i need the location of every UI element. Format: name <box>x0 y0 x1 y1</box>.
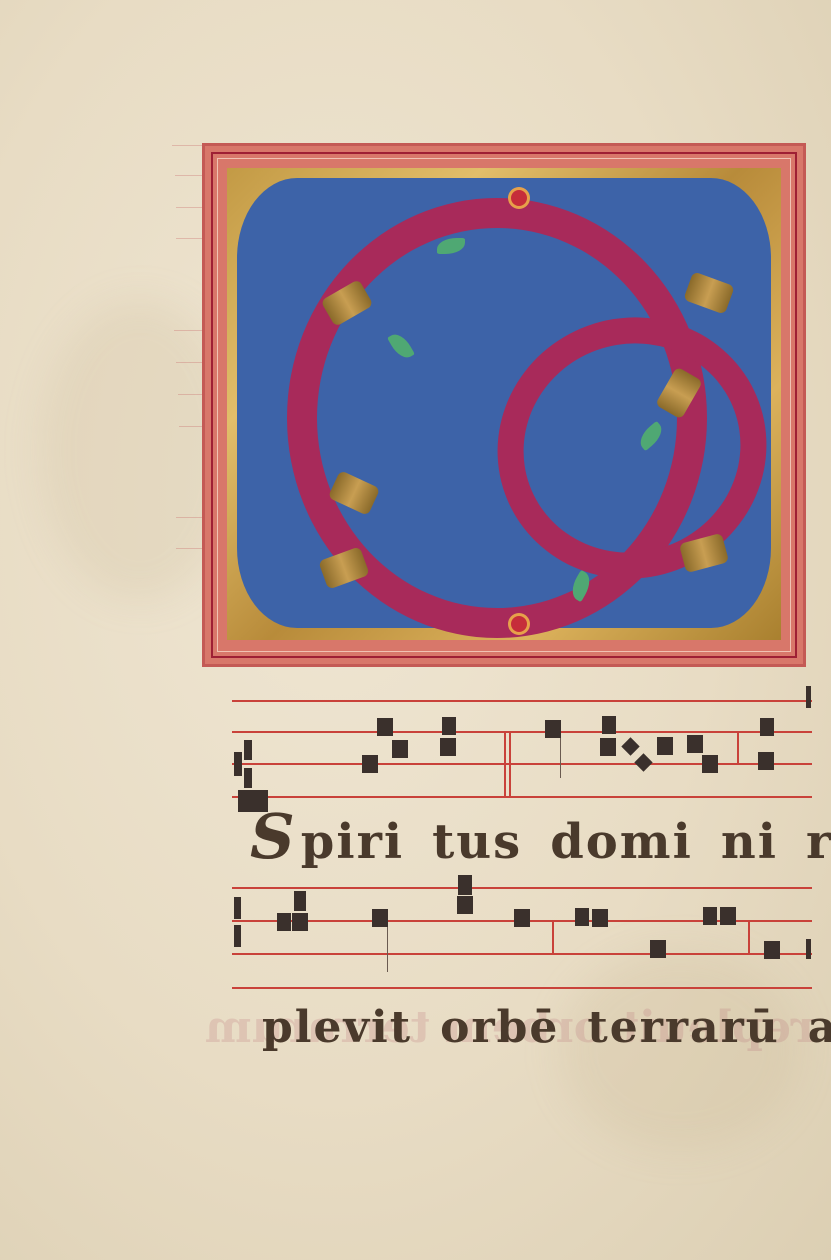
ruling-mark <box>175 175 202 176</box>
note <box>575 908 589 926</box>
note <box>545 720 561 738</box>
note <box>702 755 718 773</box>
note <box>294 891 306 911</box>
double-bar <box>504 731 506 797</box>
staff-line <box>232 700 812 702</box>
custos <box>806 686 811 708</box>
ruling-mark <box>176 548 202 549</box>
note-diamond <box>621 737 639 755</box>
ruling-mark <box>176 517 202 518</box>
illuminated-initial <box>202 143 806 667</box>
note <box>764 941 780 959</box>
manuscript-page: Spiritusdominire repleuit orbem terrarum… <box>0 0 831 1260</box>
bar-line <box>737 731 739 764</box>
note <box>458 875 472 895</box>
note <box>687 735 703 753</box>
double-bar <box>509 731 511 797</box>
ruling-mark <box>172 145 202 146</box>
ruling-mark <box>179 426 202 427</box>
bar-line <box>748 920 750 953</box>
ruling-mark <box>178 394 202 395</box>
staff-line <box>232 887 812 889</box>
lyric-word: terrarū <box>587 1002 779 1053</box>
clef <box>244 768 252 788</box>
custos <box>806 939 811 959</box>
note <box>514 909 530 927</box>
note <box>277 913 291 931</box>
note <box>442 717 456 735</box>
note-diamond <box>634 753 652 771</box>
gold-ground <box>227 168 781 640</box>
note <box>372 909 388 927</box>
staff-line <box>232 796 812 798</box>
note <box>377 718 393 736</box>
note <box>760 718 774 736</box>
lyric-word: domi <box>550 814 693 870</box>
ruling-mark <box>174 330 202 331</box>
note <box>602 716 616 734</box>
clef <box>234 925 241 947</box>
note-stem <box>387 927 388 972</box>
clef <box>234 897 241 919</box>
ruling-mark <box>176 207 202 208</box>
lyrics-line-1: Spiritusdominire <box>250 800 831 873</box>
music-staff-2 <box>232 887 812 987</box>
staff-line <box>232 763 812 765</box>
lyric-capital: S <box>250 800 297 873</box>
clef <box>244 740 252 760</box>
bar-line <box>552 920 554 953</box>
staff-line <box>232 731 812 733</box>
ruling-mark <box>176 362 202 363</box>
lyric-word: piri <box>301 814 404 870</box>
staff-line <box>232 953 812 955</box>
lyric-word: plevit <box>262 1002 412 1053</box>
note <box>758 752 774 770</box>
note <box>703 907 717 925</box>
note <box>457 896 473 914</box>
blue-ground <box>237 178 771 628</box>
note <box>440 738 456 756</box>
note <box>362 755 378 773</box>
note <box>600 738 616 756</box>
music-staff-1 <box>232 700 812 800</box>
lyric-word: ni <box>721 814 778 870</box>
gold-cuff <box>683 271 735 314</box>
lyric-word: orbē <box>440 1002 559 1053</box>
staff-line <box>232 987 812 989</box>
rosette <box>511 616 527 632</box>
note <box>292 913 308 931</box>
lyric-word: tus <box>432 814 522 870</box>
lyrics-line-2: plevitorbēterrarūal <box>262 1002 831 1053</box>
note <box>657 737 673 755</box>
note <box>592 909 608 927</box>
note <box>392 740 408 758</box>
note-stem <box>560 738 561 778</box>
note <box>650 940 666 958</box>
note <box>720 907 736 925</box>
lyric-word: al <box>808 1002 831 1053</box>
lyric-word: re <box>806 814 831 870</box>
clef <box>234 752 242 776</box>
rosette <box>511 190 527 206</box>
ruling-mark <box>176 238 202 239</box>
